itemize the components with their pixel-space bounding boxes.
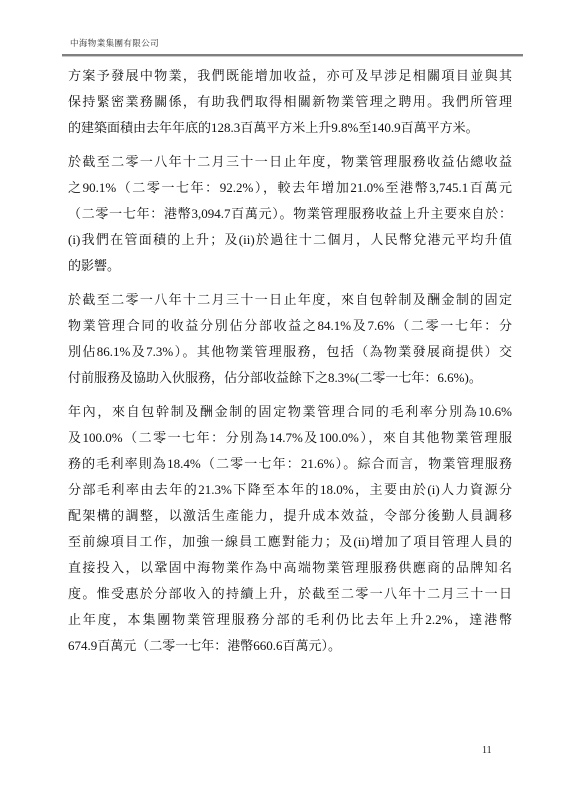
document-page: 中海物業集團有限公司 方案予發展中物業，我們既能增加收益，亦可及早涉足相關項目並… xyxy=(0,0,565,800)
header-rule xyxy=(62,54,523,57)
text-line: 別佔86.1%及7.3%）。其他物業管理服務，包括（為物業發展商提供）交 xyxy=(68,339,512,365)
text-line: 於截至二零一八年十二月三十一日止年度，物業管理服務收益佔總收益 xyxy=(68,149,512,175)
text-line: 之90.1%（二零一七年：92.2%），較去年增加21.0%至港幣3,745.1… xyxy=(68,175,512,201)
paragraph-2: 於截至二零一八年十二月三十一日止年度，物業管理服務收益佔總收益之90.1%（二零… xyxy=(68,149,512,279)
text-line: 至前線項目工作，加強一線員工應對能力；及(ii)增加了項目管理人員的 xyxy=(68,529,512,555)
text-line: (i)我們在管面積的上升；及(ii)於過往十二個月，人民幣兌港元平均升值 xyxy=(68,227,512,253)
text-line: 度。惟受惠於分部收入的持續上升，於截至二零一八年十二月三十一日 xyxy=(68,581,512,607)
text-line: 直接投入，以鞏固中海物業作為中高端物業管理服務供應商的品牌知名 xyxy=(68,555,512,581)
text-line: （二零一七年：港幣3,094.7百萬元）。物業管理服務收益上升主要來自於： xyxy=(68,201,512,227)
company-name: 中海物業集團有限公司 xyxy=(70,37,159,49)
text-line: 方案予發展中物業，我們既能增加收益，亦可及早涉足相關項目並與其 xyxy=(68,63,512,89)
paragraph-3: 於截至二零一八年十二月三十一日止年度，來自包幹制及酬金制的固定物業管理合同的收益… xyxy=(68,287,512,391)
body-text: 方案予發展中物業，我們既能增加收益，亦可及早涉足相關項目並與其保持緊密業務關係，… xyxy=(68,63,512,667)
paragraph-4: 年內，來自包幹制及酬金制的固定物業管理合同的毛利率分別為10.6%及100.0%… xyxy=(68,399,512,659)
text-line: 於截至二零一八年十二月三十一日止年度，來自包幹制及酬金制的固定 xyxy=(68,287,512,313)
page-number: 11 xyxy=(482,745,492,756)
text-line: 分部毛利率由去年的21.3%下降至本年的18.0%，主要由於(i)人力資源分 xyxy=(68,477,512,503)
text-line: 配架構的調整，以激活生產能力，提升成本效益，令部分後勤人員調移 xyxy=(68,503,512,529)
text-line: 務的毛利率則為18.4%（二零一七年：21.6%）。綜合而言，物業管理服務 xyxy=(68,451,512,477)
text-line: 674.9百萬元（二零一七年：港幣660.6百萬元）。 xyxy=(68,633,512,659)
text-line: 的影響。 xyxy=(68,253,512,279)
text-line: 止年度，本集團物業管理服務分部的毛利仍比去年上升2.2%，達港幣 xyxy=(68,607,512,633)
text-line: 年內，來自包幹制及酬金制的固定物業管理合同的毛利率分別為10.6% xyxy=(68,399,512,425)
text-line: 保持緊密業務關係，有助我們取得相關新物業管理之聘用。我們所管理 xyxy=(68,89,512,115)
text-line: 及100.0%（二零一七年：分別為14.7%及100.0%），來自其他物業管理服 xyxy=(68,425,512,451)
paragraph-1: 方案予發展中物業，我們既能增加收益，亦可及早涉足相關項目並與其保持緊密業務關係，… xyxy=(68,63,512,141)
text-line: 的建築面積由去年年底的128.3百萬平方米上升9.8%至140.9百萬平方米。 xyxy=(68,115,512,141)
text-line: 物業管理合同的收益分別佔分部收益之84.1%及7.6%（二零一七年：分 xyxy=(68,313,512,339)
text-line: 付前服務及協助入伙服務，佔分部收益餘下之8.3%(二零一七年：6.6%)。 xyxy=(68,365,512,391)
